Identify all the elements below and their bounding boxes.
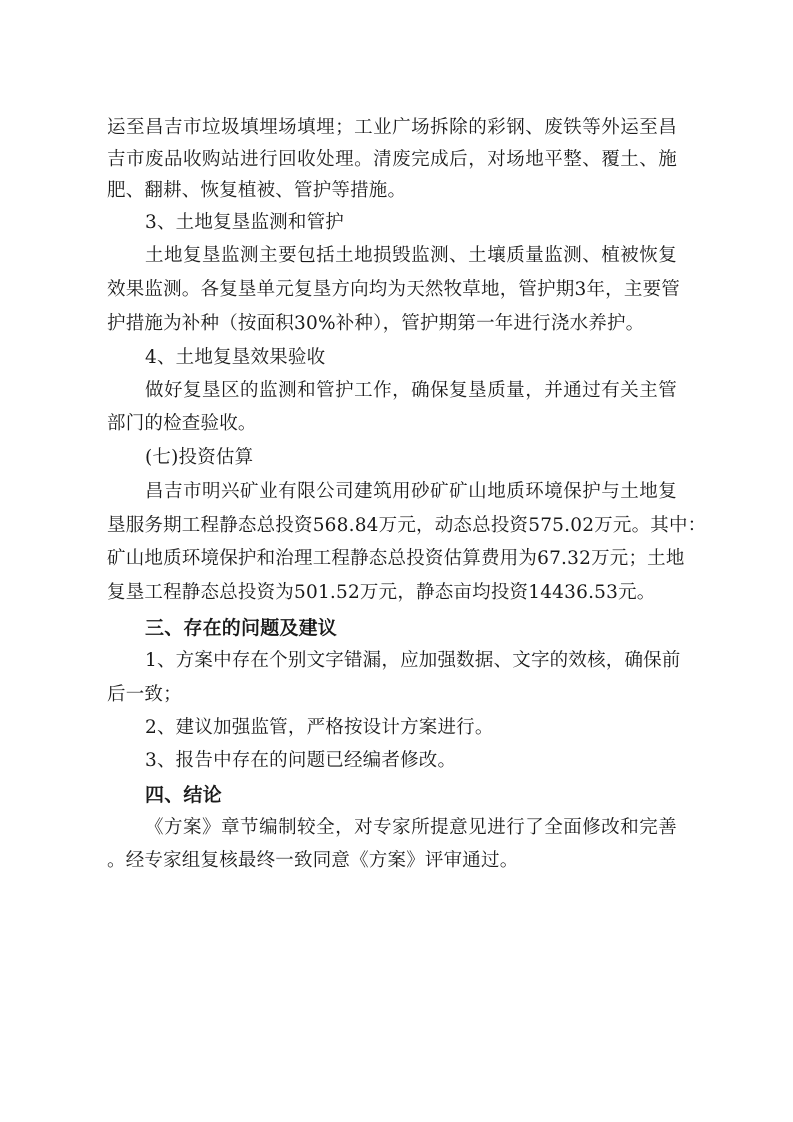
list-item-line: 后一致；	[107, 680, 677, 710]
paragraph-line: 垦服务期工程静态总投资568.84万元，动态总投资575.02万元。其中：	[107, 511, 677, 541]
list-item-line: 1、方案中存在个别文字错漏，应加强数据、文字的效核，确保前	[145, 646, 677, 676]
paragraph-line: 复垦工程静态总投资为501.52万元，静态亩均投资14436.53元。	[107, 578, 677, 608]
section-heading-issues: 三、存在的问题及建议	[145, 613, 677, 643]
paragraph-line: 护措施为补种（按面积30%补种），管护期第一年进行浇水养护。	[107, 309, 677, 339]
paragraph-line: 效果监测。各复垦单元复垦方向均为天然牧草地，管护期3年，主要管	[107, 275, 677, 305]
paragraph-line: 。经专家组复核最终一致同意《方案》评审通过。	[107, 846, 677, 876]
document-page: 运至昌吉市垃圾填埋场填埋；工业广场拆除的彩钢、废铁等外运至昌 吉市废品收购站进行…	[0, 0, 793, 1122]
paragraph-line: 肥、翻耕、恢复植被、管护等措施。	[107, 176, 677, 206]
list-item-line: 2、建议加强监管，严格按设计方案进行。	[145, 713, 677, 743]
section-heading-conclusion: 四、结论	[145, 780, 677, 810]
paragraph-line: 土地复垦监测主要包括土地损毁监测、土壤质量监测、植被恢复	[145, 241, 677, 271]
paragraph-line: 部门的检查验收。	[107, 409, 677, 439]
paragraph-line: 运至昌吉市垃圾填埋场填埋；工业广场拆除的彩钢、废铁等外运至昌	[107, 113, 677, 143]
subheading-acceptance: 4、土地复垦效果验收	[145, 343, 677, 373]
paragraph-line: 做好复垦区的监测和管护工作，确保复垦质量，并通过有关主管	[145, 376, 677, 406]
paragraph-line: 昌吉市明兴矿业有限公司建筑用砂矿矿山地质环境保护与土地复	[145, 477, 677, 507]
paragraph-line: 矿山地质环境保护和治理工程静态总投资估算费用为67.32万元；土地	[107, 544, 677, 574]
subheading-investment: (七)投资估算	[145, 443, 677, 473]
paragraph-line: 《方案》章节编制较全，对专家所提意见进行了全面修改和完善	[145, 813, 677, 843]
list-item-line: 3、报告中存在的问题已经编者修改。	[145, 746, 677, 776]
paragraph-line: 吉市废品收购站进行回收处理。清废完成后，对场地平整、覆土、施	[107, 145, 677, 175]
subheading-monitoring: 3、土地复垦监测和管护	[145, 208, 677, 238]
